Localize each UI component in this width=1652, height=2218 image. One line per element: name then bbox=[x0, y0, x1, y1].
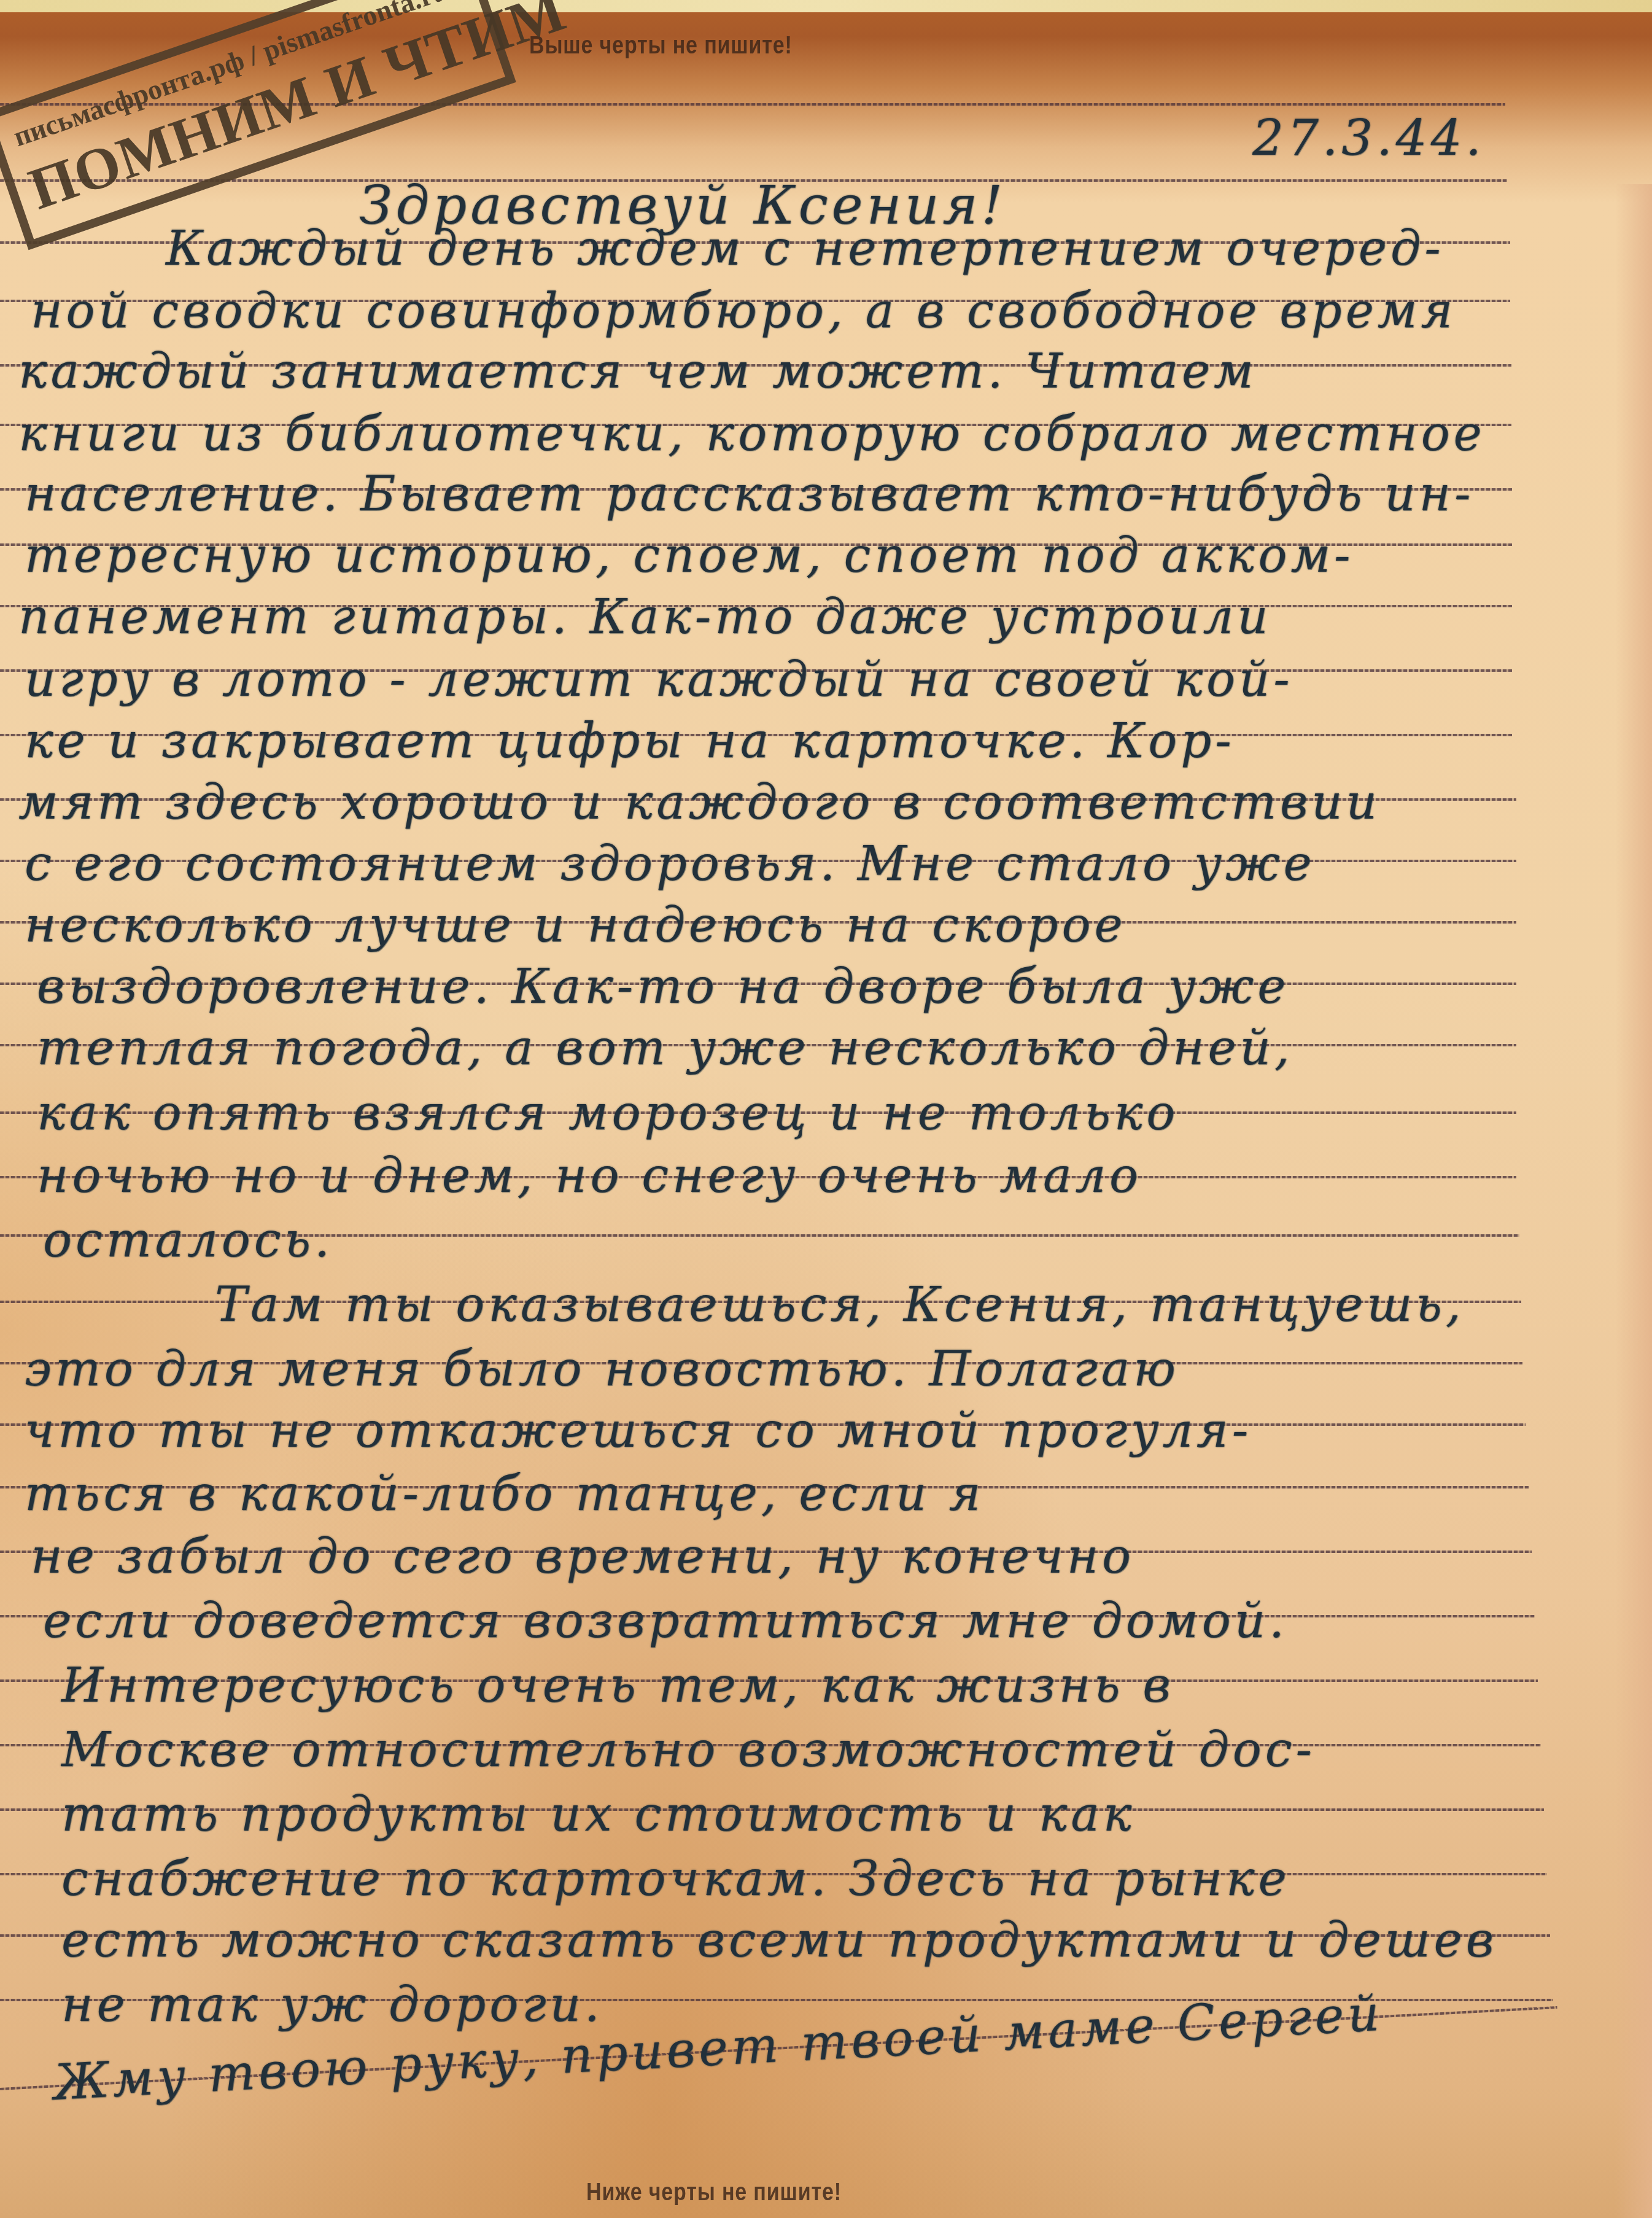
letter-line: это для меня было новостью. Полагаю bbox=[25, 1342, 1179, 1397]
letter-line: есть можно сказать всеми продуктами и де… bbox=[61, 1913, 1497, 1968]
letter-line: тересную историю, споем, споет под акком… bbox=[25, 528, 1354, 583]
letter-line: Каждый день ждем с нетерпением очеред- bbox=[166, 221, 1445, 276]
letter-line: теплая погода, а вот уже несколько дней, bbox=[37, 1021, 1293, 1076]
letter-line: ться в какой-либо танце, если я bbox=[25, 1466, 984, 1522]
letter-line: игру в лото - лежит каждый на своей кой- bbox=[25, 652, 1293, 707]
letter-line: ной сводки совинформбюро, а в свободное … bbox=[31, 284, 1456, 339]
letter-line: каждый занимается чем может. Читаем bbox=[18, 344, 1257, 399]
letter-line: панемент гитары. Как-то даже устроили bbox=[18, 590, 1271, 645]
letter-line: не забыл до сего времени, ну конечно bbox=[31, 1529, 1134, 1584]
letter-line: осталось. bbox=[43, 1213, 333, 1268]
letter-line: как опять взялся морозец и не только bbox=[37, 1086, 1179, 1141]
letter-line: Москве относительно возможностей дос- bbox=[61, 1722, 1316, 1778]
letter-line: что ты не откажешься со мной прогуля- bbox=[25, 1403, 1252, 1458]
letter-line: выздоровление. Как-то на дворе была уже bbox=[37, 959, 1289, 1014]
letter-line: несколько лучше и надеюсь на скорое bbox=[25, 898, 1127, 953]
letter-line: мят здесь хорошо и каждого в соответстви… bbox=[18, 775, 1381, 830]
letter-line: Интересуюсь очень тем, как жизнь в bbox=[61, 1658, 1174, 1713]
paper-top-edge bbox=[0, 0, 1652, 12]
letter-line: Там ты оказываешься, Ксения, танцуешь, bbox=[215, 1277, 1465, 1333]
form-note-bottom: Ниже черты не пишите! bbox=[586, 2179, 842, 2206]
letter-line: ночью но и днем, но снегу очень мало bbox=[37, 1148, 1142, 1204]
letter-line: снабжение по карточкам. Здесь на рынке bbox=[61, 1851, 1290, 1907]
letter-date: 27.3.44. bbox=[1252, 109, 1485, 166]
letter-line: население. Бывает рассказывает кто-нибуд… bbox=[25, 467, 1474, 522]
letter-line: не так уж дороги. bbox=[61, 1977, 603, 2033]
letter-line: если доведется возвратиться мне домой. bbox=[43, 1593, 1288, 1649]
letter-line: с его состоянием здоровья. Мне стало уже bbox=[25, 836, 1316, 892]
letter-line: книги из библиотечки, которую собрало ме… bbox=[18, 407, 1486, 462]
letter-line: тать продукты их стоимость и как bbox=[61, 1787, 1135, 1842]
letter-line: ке и закрывает цифры на карточке. Кор- bbox=[25, 714, 1235, 769]
